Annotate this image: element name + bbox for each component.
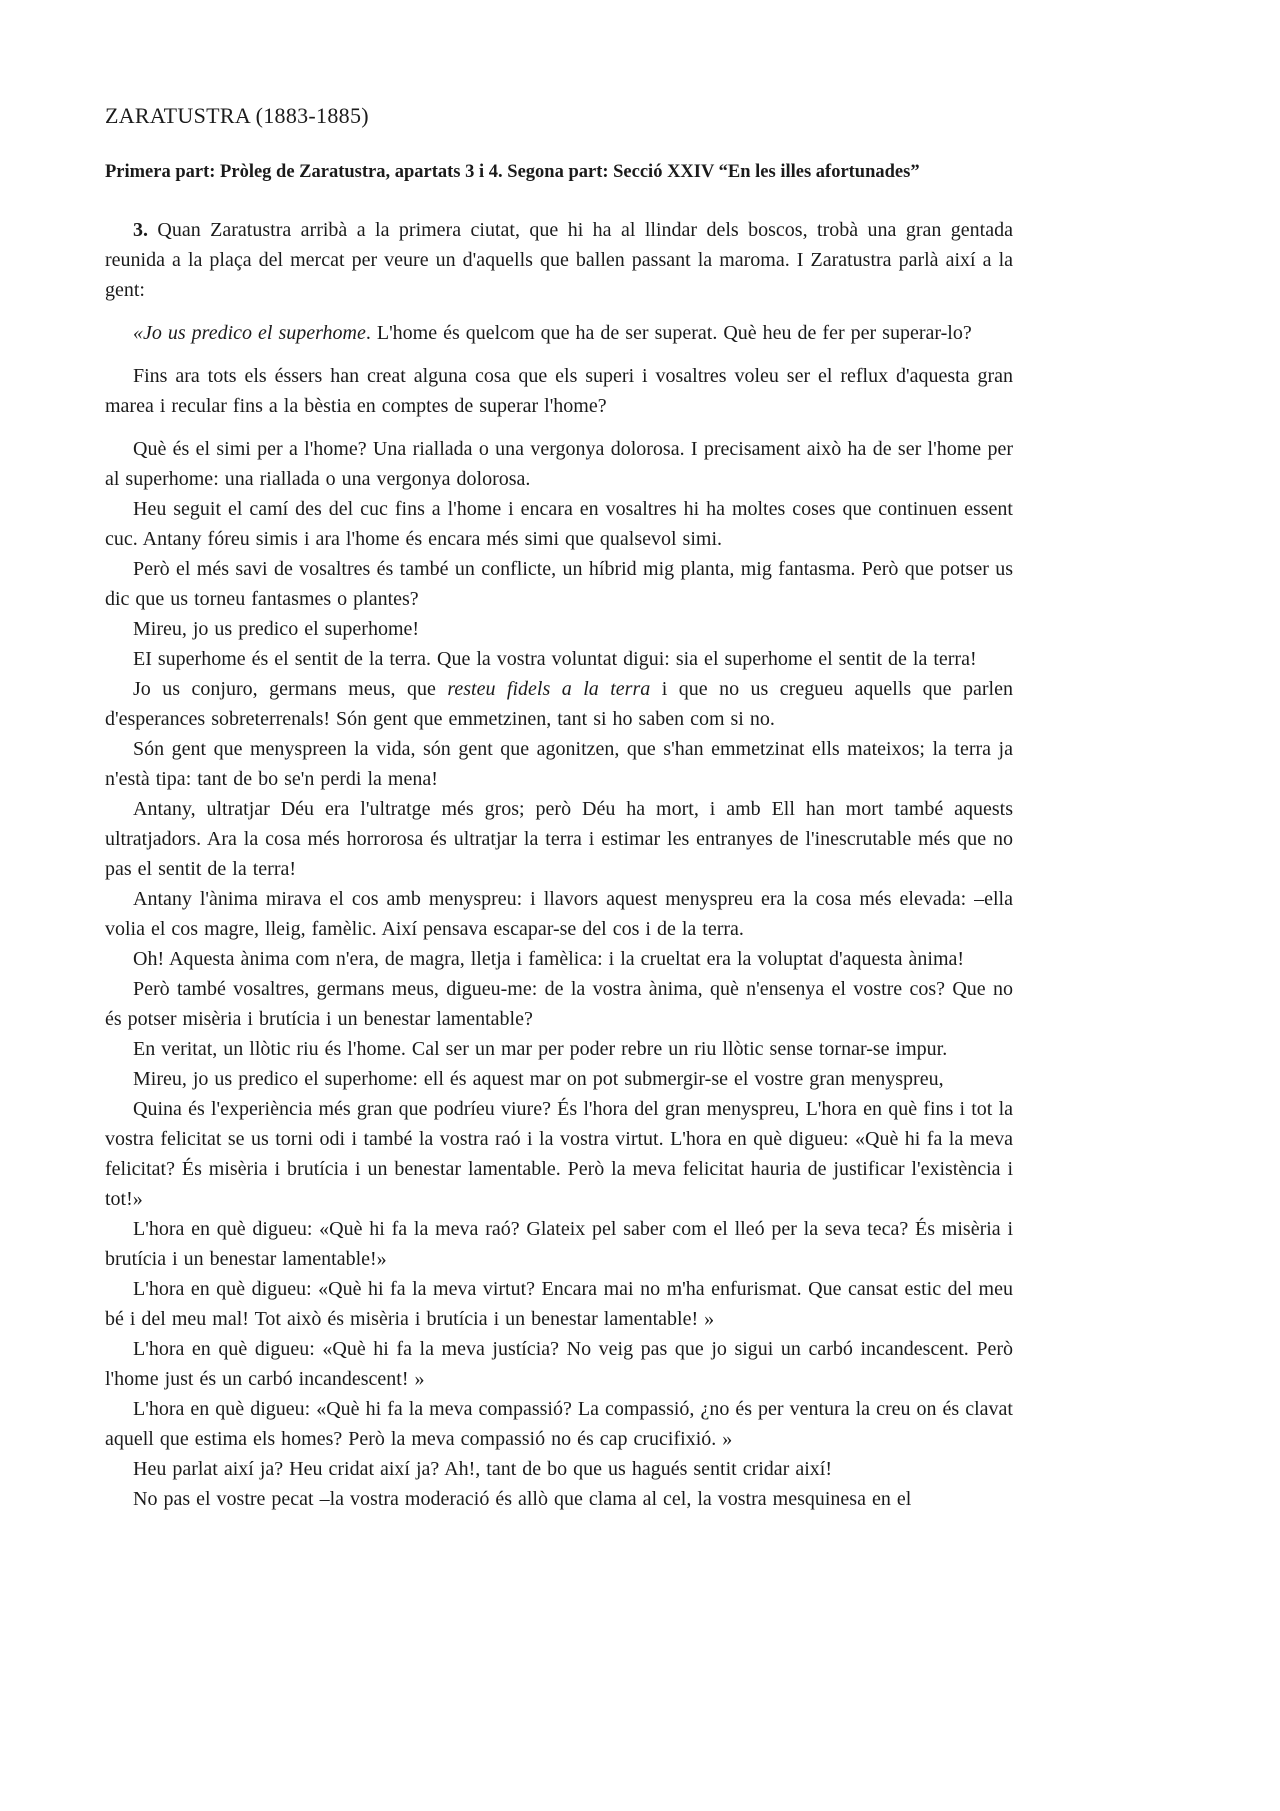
paragraph-15: En veritat, un llòtic riu és l'home. Cal…: [105, 1034, 1013, 1064]
text-segment-normal: . L'home és quelcom que ha de ser supera…: [366, 322, 972, 344]
paragraph-10: Són gent que menyspreen la vida, són gen…: [105, 734, 1013, 794]
text-segment-normal: Antany, ultratjar Déu era l'ultratge més…: [105, 798, 1013, 880]
paragraph-16: Mireu, jo us predico el superhome: ell é…: [105, 1064, 1013, 1094]
paragraph-23: No pas el vostre pecat –la vostra modera…: [105, 1484, 1013, 1514]
paragraph-14: Però també vosaltres, germans meus, digu…: [105, 974, 1013, 1034]
paragraph-list: 3. Quan Zaratustra arribà a la primera c…: [105, 215, 1013, 1514]
text-segment-normal: L'hora en què digueu: «Què hi fa la meva…: [105, 1338, 1013, 1390]
text-segment-normal: Però també vosaltres, germans meus, digu…: [105, 978, 1013, 1030]
document-page: ZARATUSTRA (1883-1885) Primera part: Prò…: [0, 0, 1280, 1811]
text-segment-italic: «Jo us predico el superhome: [133, 322, 366, 344]
section-heading: Primera part: Pròleg de Zaratustra, apar…: [105, 159, 1013, 185]
paragraph-11: Antany, ultratjar Déu era l'ultratge més…: [105, 794, 1013, 884]
paragraph-1: 3. Quan Zaratustra arribà a la primera c…: [105, 215, 1013, 305]
paragraph-21: L'hora en què digueu: «Què hi fa la meva…: [105, 1394, 1013, 1454]
text-segment-bold: 3.: [133, 219, 148, 241]
paragraph-22: Heu parlat així ja? Heu cridat així ja? …: [105, 1454, 1013, 1484]
text-segment-normal: No pas el vostre pecat –la vostra modera…: [133, 1488, 911, 1510]
text-segment-normal: Són gent que menyspreen la vida, són gen…: [105, 738, 1013, 790]
text-segment-normal: Mireu, jo us predico el superhome: ell é…: [133, 1068, 944, 1090]
text-segment-normal: Quina és l'experiència més gran que podr…: [105, 1098, 1013, 1210]
text-segment-normal: EI superhome és el sentit de la terra. Q…: [133, 648, 977, 670]
paragraph-2: «Jo us predico el superhome. L'home és q…: [105, 318, 1013, 348]
paragraph-3: Fins ara tots els éssers han creat algun…: [105, 361, 1013, 421]
paragraph-18: L'hora en què digueu: «Què hi fa la meva…: [105, 1214, 1013, 1274]
text-segment-normal: Antany l'ànima mirava el cos amb menyspr…: [105, 888, 1013, 940]
paragraph-9: Jo us conjuro, germans meus, que resteu …: [105, 674, 1013, 734]
document-content: ZARATUSTRA (1883-1885) Primera part: Prò…: [105, 102, 1013, 1514]
text-segment-normal: L'hora en què digueu: «Què hi fa la meva…: [105, 1398, 1013, 1450]
text-segment-italic: resteu fidels a la terra: [447, 678, 650, 700]
text-segment-normal: Què és el simi per a l'home? Una riallad…: [105, 438, 1013, 490]
text-segment-normal: Jo us conjuro, germans meus, que: [133, 678, 447, 700]
text-segment-normal: Però el més savi de vosaltres és també u…: [105, 558, 1013, 610]
text-segment-normal: Mireu, jo us predico el superhome!: [133, 618, 419, 640]
paragraph-13: Oh! Aquesta ànima com n'era, de magra, l…: [105, 944, 1013, 974]
paragraph-20: L'hora en què digueu: «Què hi fa la meva…: [105, 1334, 1013, 1394]
paragraph-8: EI superhome és el sentit de la terra. Q…: [105, 644, 1013, 674]
text-segment-normal: Oh! Aquesta ànima com n'era, de magra, l…: [133, 948, 964, 970]
text-segment-normal: L'hora en què digueu: «Què hi fa la meva…: [105, 1218, 1013, 1270]
paragraph-6: Però el més savi de vosaltres és també u…: [105, 554, 1013, 614]
paragraph-5: Heu seguit el camí des del cuc fins a l'…: [105, 494, 1013, 554]
text-segment-normal: Fins ara tots els éssers han creat algun…: [105, 365, 1013, 417]
text-segment-normal: Heu seguit el camí des del cuc fins a l'…: [105, 498, 1013, 550]
text-segment-normal: Quan Zaratustra arribà a la primera ciut…: [105, 219, 1013, 301]
text-segment-normal: En veritat, un llòtic riu és l'home. Cal…: [133, 1038, 947, 1060]
paragraph-19: L'hora en què digueu: «Què hi fa la meva…: [105, 1274, 1013, 1334]
text-segment-normal: Heu parlat així ja? Heu cridat així ja? …: [133, 1458, 832, 1480]
paragraph-17: Quina és l'experiència més gran que podr…: [105, 1094, 1013, 1214]
page-title: ZARATUSTRA (1883-1885): [105, 102, 1013, 130]
text-segment-normal: L'hora en què digueu: «Què hi fa la meva…: [105, 1278, 1013, 1330]
paragraph-4: Què és el simi per a l'home? Una riallad…: [105, 434, 1013, 494]
paragraph-12: Antany l'ànima mirava el cos amb menyspr…: [105, 884, 1013, 944]
paragraph-7: Mireu, jo us predico el superhome!: [105, 614, 1013, 644]
